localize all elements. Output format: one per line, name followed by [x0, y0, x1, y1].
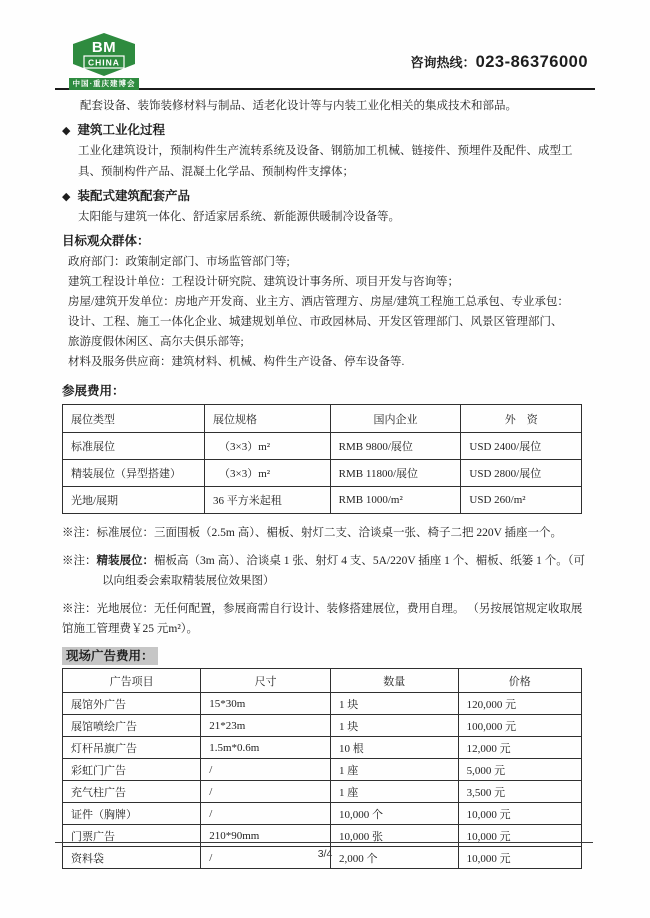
table-row: 证件（胸牌） / 10,000 个 10,000 元	[63, 803, 582, 825]
table-row: 充气柱广告 / 1 座 3,500 元	[63, 781, 582, 803]
advertising-fees-table: 广告项目 尺寸 数量 价格 展馆外广告 15*30m 1 块 120,000 元…	[62, 668, 582, 869]
header-cell: 数量	[330, 669, 458, 693]
cell-quantity: 10,000 张	[330, 825, 458, 847]
header-cell: 展位规格	[205, 405, 331, 433]
cell-price: 3,500 元	[458, 781, 581, 803]
footer-divider	[55, 842, 593, 843]
logo-china-text: CHINA	[88, 58, 120, 68]
cell-booth-type: 精装展位（异型搭建）	[63, 460, 205, 487]
cell-domestic-price: RMB 1000/m²	[330, 487, 461, 514]
diamond-bullet-icon: ◆	[62, 124, 70, 137]
section-title-industrialization: ◆建筑工业化过程	[62, 120, 588, 141]
cell-quantity: 1 座	[330, 759, 458, 781]
cell-foreign-price: USD 2800/展位	[461, 460, 582, 487]
table-row: 彩虹门广告 / 1 座 5,000 元	[63, 759, 582, 781]
cell-foreign-price: USD 2400/展位	[461, 433, 582, 460]
header-cell: 外 资	[461, 405, 582, 433]
note-body: 三面围板（2.5m 高）、楣板、射灯二支、洽谈桌一张、椅子二把 220V 插座一…	[154, 527, 562, 539]
fee-note-deluxe: ※注：精装展位：楣板高（3m 高）、洽谈桌 1 张、射灯 4 支、5A/220V…	[62, 551, 588, 591]
table-row: 光地/展期 36 平方米起租 RMB 1000/m² USD 260/m²	[63, 487, 582, 514]
cell-size: 210*90mm	[201, 825, 331, 847]
header-cell: 价格	[458, 669, 581, 693]
cell-spec: 36 平方米起租	[205, 487, 331, 514]
cell-price: 10,000 元	[458, 825, 581, 847]
document-page: BM CHINA 中国·重庆建博会 咨询热线：023-86376000 配套设备…	[0, 0, 650, 918]
cell-price: 5,000 元	[458, 759, 581, 781]
cell-quantity: 1 座	[330, 781, 458, 803]
cell-size: /	[201, 781, 331, 803]
logo-bm-text: BM	[92, 39, 116, 56]
audience-line: 材料及服务供应商：建筑材料、机械、构件生产设备、停车设备等.	[62, 352, 588, 372]
table-row: 灯杆吊旗广告 1.5m*0.6m 10 根 12,000 元	[63, 737, 582, 759]
cell-ad-item: 展馆喷绘广告	[63, 715, 201, 737]
cell-ad-item: 彩虹门广告	[63, 759, 201, 781]
table-row: 标准展位 （3×3）m² RMB 9800/展位 USD 2400/展位	[63, 433, 582, 460]
note-prefix: ※注：	[62, 603, 97, 615]
exhibition-fees-table: 展位类型 展位规格 国内企业 外 资 标准展位 （3×3）m² RMB 9800…	[62, 404, 582, 514]
diamond-bullet-icon: ◆	[62, 190, 70, 203]
cell-domestic-price: RMB 11800/展位	[330, 460, 461, 487]
intro-paragraph: 配套设备、装饰装修材料与制品、适老化设计等与内装工业化相关的集成技术和部品。	[62, 96, 588, 117]
cell-quantity: 10,000 个	[330, 803, 458, 825]
header-cell: 尺寸	[201, 669, 331, 693]
table-row: 展馆外广告 15*30m 1 块 120,000 元	[63, 693, 582, 715]
audience-line: 设计、工程、施工一体化企业、城建规划单位、市政园林局、开发区管理部门、风景区管理…	[62, 312, 588, 332]
audience-line: 房屋/建筑开发单位：房地产开发商、业主方、酒店管理方、房屋/建筑工程施工总承包、…	[62, 292, 588, 312]
bm-china-logo: BM CHINA 中国·重庆建博会	[64, 33, 144, 90]
note-body: 楣板高（3m 高）、洽谈桌 1 张、射灯 4 支、5A/220V 插座 1 个、…	[102, 555, 585, 587]
cell-size: /	[201, 803, 331, 825]
table-header-row: 广告项目 尺寸 数量 价格	[63, 669, 582, 693]
cell-booth-type: 标准展位	[63, 433, 205, 460]
audience-line: 建筑工程设计单位：工程设计研究院、建筑设计事务所、项目开发与咨询等；	[62, 272, 588, 292]
header-cell: 展位类型	[63, 405, 205, 433]
hotline-number: 023-86376000	[476, 53, 588, 71]
section-title-prefab-products: ◆装配式建筑配套产品	[62, 186, 588, 207]
page-header: BM CHINA 中国·重庆建博会 咨询热线：023-86376000	[64, 33, 588, 88]
cell-ad-item: 展馆外广告	[63, 693, 201, 715]
cell-quantity: 1 块	[330, 715, 458, 737]
section-title-text: 建筑工业化过程	[77, 123, 165, 137]
cell-ad-item: 灯杆吊旗广告	[63, 737, 201, 759]
header-cell: 国内企业	[330, 405, 461, 433]
note-prefix: ※注：	[62, 555, 97, 567]
hotline: 咨询热线：023-86376000	[411, 52, 588, 72]
table-header-row: 展位类型 展位规格 国内企业 外 资	[63, 405, 582, 433]
table-row: 展馆喷绘广告 21*23m 1 块 100,000 元	[63, 715, 582, 737]
cell-ad-item: 门票广告	[63, 825, 201, 847]
cell-domestic-price: RMB 9800/展位	[330, 433, 461, 460]
audience-line: 政府部门：政策制定部门、市场监管部门等;	[62, 252, 588, 272]
cell-booth-type: 光地/展期	[63, 487, 205, 514]
table-row: 精装展位（异型搭建） （3×3）m² RMB 11800/展位 USD 2800…	[63, 460, 582, 487]
cell-foreign-price: USD 260/m²	[461, 487, 582, 514]
cell-price: 100,000 元	[458, 715, 581, 737]
cell-size: 15*30m	[201, 693, 331, 715]
cell-price: 12,000 元	[458, 737, 581, 759]
ads-heading-text: 现场广告费用：	[62, 647, 158, 665]
note-label: 标准展位：	[97, 527, 155, 539]
section-body-industrialization: 工业化建筑设计，预制构件生产流转系统及设备、钢筋加工机械、链接件、预埋件及配件、…	[62, 141, 588, 183]
fee-notes: ※注：标准展位：三面围板（2.5m 高）、楣板、射灯二支、洽谈桌一张、椅子二把 …	[62, 523, 588, 639]
hotline-label: 咨询热线：	[411, 55, 476, 70]
section-body-prefab-products: 太阳能与建筑一体化、舒适家居系统、新能源供暖制冷设备等。	[62, 207, 588, 228]
cell-quantity: 10 根	[330, 737, 458, 759]
table-row: 门票广告 210*90mm 10,000 张 10,000 元	[63, 825, 582, 847]
cell-ad-item: 充气柱广告	[63, 781, 201, 803]
note-label: 光地展位：	[97, 603, 155, 615]
cell-spec: （3×3）m²	[205, 433, 331, 460]
ads-heading: 现场广告费用：	[62, 647, 588, 665]
cell-price: 10,000 元	[458, 803, 581, 825]
section-title-text: 装配式建筑配套产品	[77, 189, 190, 203]
page-number: 3/4	[0, 848, 650, 860]
cell-ad-item: 证件（胸牌）	[63, 803, 201, 825]
note-label: 精装展位：	[97, 555, 155, 567]
audience-heading: 目标观众群体：	[62, 231, 588, 252]
cell-spec: （3×3）m²	[205, 460, 331, 487]
cell-size: 21*23m	[201, 715, 331, 737]
cell-size: 1.5m*0.6m	[201, 737, 331, 759]
header-cell: 广告项目	[63, 669, 201, 693]
cell-size: /	[201, 759, 331, 781]
note-prefix: ※注：	[62, 527, 97, 539]
fee-note-rawspace: ※注：光地展位：无任何配置，参展商需自行设计、装修搭建展位，费用自理。 （另按展…	[62, 599, 588, 639]
fees-heading: 参展费用：	[62, 381, 588, 401]
audience-line: 旅游度假休闲区、高尔夫俱乐部等;	[62, 332, 588, 352]
fee-note-standard: ※注：标准展位：三面围板（2.5m 高）、楣板、射灯二支、洽谈桌一张、椅子二把 …	[62, 523, 588, 543]
cell-price: 120,000 元	[458, 693, 581, 715]
logo-tagline: 中国·重庆建博会	[69, 78, 138, 90]
logo-hexagon-icon: BM CHINA	[71, 33, 137, 76]
cell-quantity: 1 块	[330, 693, 458, 715]
